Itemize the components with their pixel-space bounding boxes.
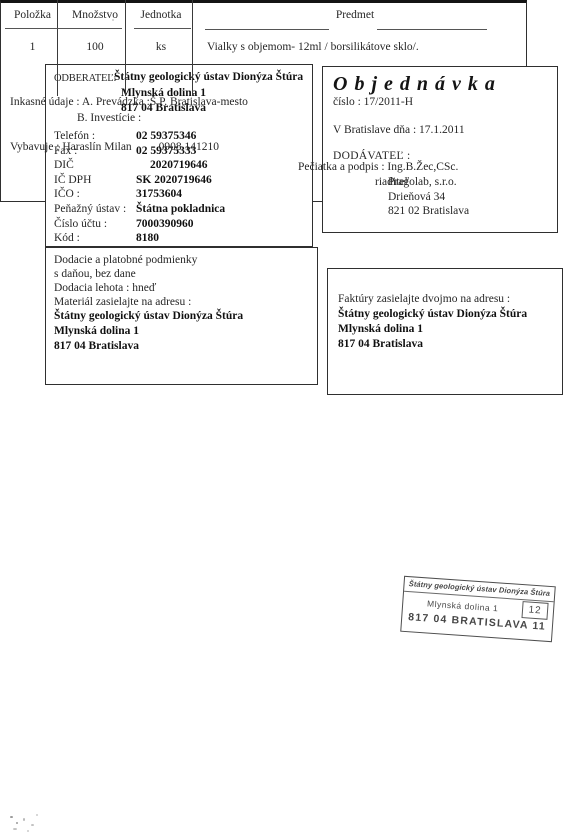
table-header-mnozstvo: Množstvo [67,9,123,21]
field-value: SK 2020719646 [136,173,212,188]
table-column-divider [57,0,58,96]
seal-role: riaditeľ [375,176,409,188]
buyer-label: ODBERATEĽ: [54,70,114,86]
order-title-box: O b j e d n á v k a číslo : 17/2011-H V … [322,66,558,233]
buyer-header: ODBERATEĽ: Štátny geologický ústav Dioný… [54,70,304,86]
delivery-terms-box: Dodacie a platobné podmienky s daňou, be… [45,247,318,385]
seal-label: Pečiatka a podpis : Ing.B.Žec,CSc. [298,161,458,173]
field-value: 2020719646 [136,158,208,173]
delivery-line1: Dodacie a platobné podmienky [54,253,309,267]
field-value: 7000390960 [136,217,194,232]
inkasne-line1: Inkasné údaje : A. Prevádzka :Š.P. Brati… [10,96,248,108]
buyer-name: Štátny geologický ústav Dionýza Štúra [114,70,303,86]
buyer-box: ODBERATEĽ: Štátny geologický ústav Dioný… [45,64,313,247]
field-label: IČO : [54,187,136,202]
buyer-field-row: IČ DPH SK 2020719646 [54,173,304,188]
buyer-field-row: Kód : 8180 [54,231,304,246]
invoicing-address-line2: 817 04 Bratislava [338,337,552,352]
table-column-divider [192,0,193,96]
scan-speck [16,822,18,824]
item-mnozstvo: 100 [67,41,123,53]
scanned-order-document: ODBERATEĽ: Štátny geologický ústav Dioný… [0,0,583,834]
vybavuje-line: Vybavuje : Haraslín Milan 0908 141210 [10,141,219,153]
delivery-line4: Materiál zasielajte na adresu : [54,295,309,309]
field-label: IČ DPH [54,173,136,188]
item-jednotka: ks [133,41,189,53]
table-header-polozka: Položka [10,9,55,21]
stamp-number-box: 12 [521,601,548,620]
scan-speck [27,830,29,832]
header-underline [5,28,122,29]
field-label: Kód : [54,231,136,246]
vybavuje-label: Vybavuje : Haraslín Milan [10,141,132,153]
header-underline [134,28,191,29]
delivery-line3: Dodacia lehota : hneď [54,281,309,295]
table-header-jednotka: Jednotka [133,9,189,21]
scan-speck [31,824,34,826]
table-header-predmet: Predmet [332,9,378,21]
field-label: Peňažný ústav : [54,202,136,217]
delivery-address-line2: 817 04 Bratislava [54,339,309,354]
field-value: 8180 [136,231,159,246]
item-polozka: 1 [10,41,55,53]
scan-speck [23,818,25,821]
buyer-field-row: DIČ 2020719646 [54,158,304,173]
invoicing-intro: Faktúry zasielajte dvojmo na adresu : [338,292,552,307]
vybavuje-phone: 0908 141210 [135,141,219,153]
item-predmet: Vialky s objemom- 12ml / borsilikátove s… [207,41,419,53]
field-value: 31753604 [136,187,182,202]
scan-speck [10,816,13,818]
supplier-name: Pragolab, s.r.o. [388,175,547,190]
delivery-name: Štátny geologický ústav Dionýza Štúra [54,309,309,324]
buyer-field-row: IČO : 31753604 [54,187,304,202]
supplier-address-line2: 821 02 Bratislava [388,204,547,219]
buyer-field-row: Číslo účtu : 7000390960 [54,217,304,232]
order-date: V Bratislave dňa : 17.1.2011 [333,124,547,136]
supplier-block: Pragolab, s.r.o. Drieňová 34 821 02 Brat… [388,175,547,219]
header-underline [205,29,329,30]
header-underline [377,29,487,30]
delivery-address-line1: Mlynská dolina 1 [54,324,309,339]
scan-speck [36,814,38,816]
field-value: Štátna pokladnica [136,202,225,217]
supplier-address-line1: Drieňová 34 [388,190,547,205]
rubber-stamp: Štátny geologický ústav Dionýza Štúra Ml… [400,576,556,642]
scan-speck [13,828,17,830]
invoicing-box: Faktúry zasielajte dvojmo na adresu : Št… [327,268,563,395]
invoicing-name: Štátny geologický ústav Dionýza Štúra [338,307,552,322]
order-title: O b j e d n á v k a [333,73,547,95]
invoicing-address-line1: Mlynská dolina 1 [338,322,552,337]
buyer-field-row: Peňažný ústav : Štátna pokladnica [54,202,304,217]
order-number: číslo : 17/2011-H [333,96,547,108]
field-label: DIČ [54,158,136,173]
field-label: Číslo účtu : [54,217,136,232]
scan-speck [112,19,114,21]
inkasne-line2: B. Investície : [77,112,141,124]
table-column-divider [125,0,126,96]
delivery-line2: s daňou, bez dane [54,267,309,281]
